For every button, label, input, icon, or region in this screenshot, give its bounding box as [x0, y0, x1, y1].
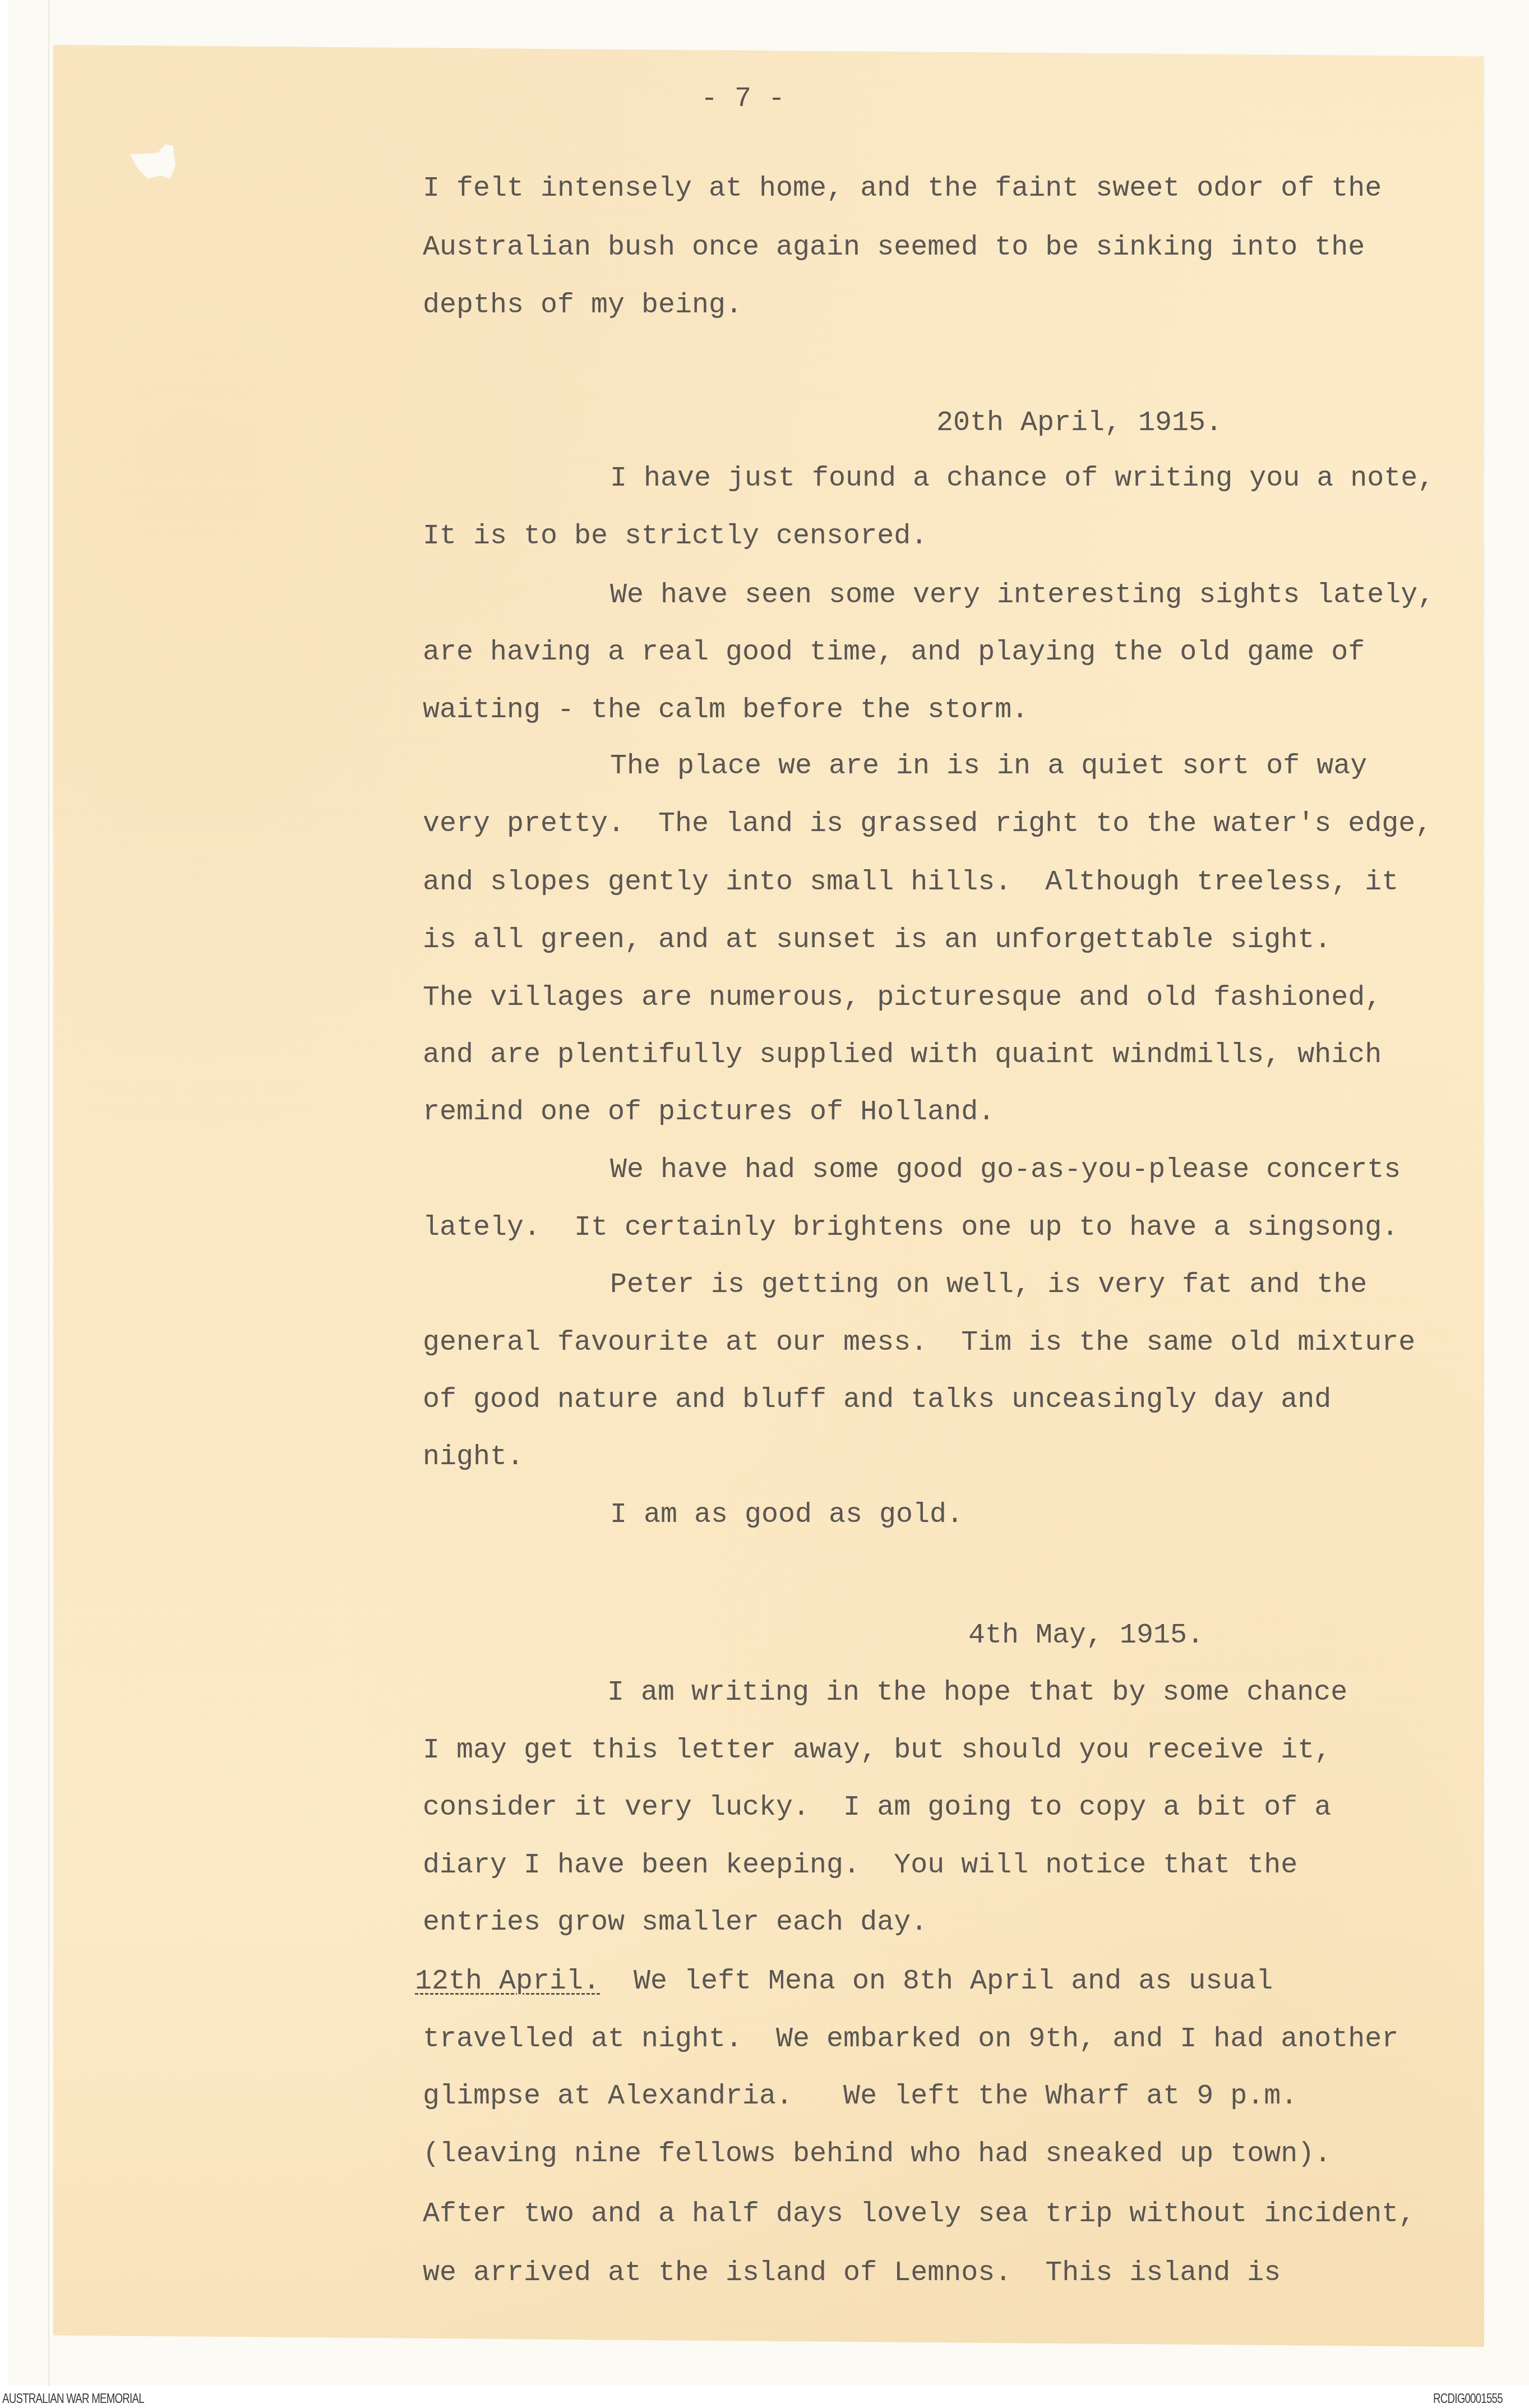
- text-line: I felt intensely at home, and the faint …: [423, 175, 1382, 203]
- text-line: night.: [423, 1443, 524, 1471]
- text-line: I may get this letter away, but should y…: [423, 1737, 1331, 1765]
- text-line: is all green, and at sunset is an unforg…: [423, 926, 1331, 954]
- text-line: entries grow smaller each day.: [423, 1909, 927, 1937]
- typewritten-page: [53, 45, 1484, 2347]
- text-line: we arrived at the island of Lemnos. This…: [423, 2259, 1281, 2287]
- text-line: (leaving nine fellows behind who had sne…: [423, 2141, 1331, 2169]
- text-line: I am writing in the hope that by some ch…: [607, 1679, 1347, 1707]
- text-line: I have just found a chance of writing yo…: [610, 465, 1434, 493]
- text-line: depths of my being.: [423, 292, 742, 320]
- diary-date-heading: 12th April.: [415, 1968, 600, 1996]
- text-line: consider it very lucky. I am going to co…: [423, 1794, 1331, 1822]
- text-line: and are plentifully supplied with quaint…: [423, 1041, 1382, 1069]
- text-line: diary I have been keeping. You will noti…: [423, 1852, 1297, 1880]
- text-line: glimpse at Alexandria. We left the Wharf…: [423, 2083, 1297, 2111]
- text-line: After two and a half days lovely sea tri…: [423, 2201, 1415, 2229]
- footer-institution: AUSTRALIAN WAR MEMORIAL: [2, 2391, 144, 2407]
- text-line: general favourite at our mess. Tim is th…: [423, 1329, 1415, 1357]
- text-line: We have had some good go-as-you-please c…: [610, 1156, 1401, 1184]
- text-line: It is to be strictly censored.: [423, 523, 927, 551]
- text-line: are having a real good time, and playing…: [423, 639, 1365, 667]
- entry-date: 4th May, 1915.: [968, 1622, 1204, 1650]
- text-line: We left Mena on 8th April and as usual: [600, 1968, 1273, 1996]
- text-line: remind one of pictures of Holland.: [423, 1099, 995, 1127]
- text-line: and slopes gently into small hills. Alth…: [423, 869, 1398, 897]
- text-line: travelled at night. We embarked on 9th, …: [423, 2026, 1398, 2054]
- entry-date: 20th April, 1915.: [936, 409, 1222, 437]
- text-line: Peter is getting on well, is very fat an…: [610, 1271, 1367, 1299]
- text-line: very pretty. The land is grassed right t…: [423, 810, 1432, 838]
- scan-edge: [48, 0, 49, 2386]
- page-number: - 7 -: [701, 85, 785, 113]
- text-line: I am as good as gold.: [610, 1501, 963, 1529]
- text-line: The villages are numerous, picturesque a…: [423, 984, 1382, 1012]
- text-line: waiting - the calm before the storm.: [423, 696, 1028, 725]
- text-line: Australian bush once again seemed to be …: [423, 234, 1365, 262]
- text-line: We have seen some very interesting sight…: [610, 582, 1434, 610]
- text-line: lately. It certainly brightens one up to…: [423, 1214, 1398, 1242]
- text-line: The place we are in is in a quiet sort o…: [610, 753, 1367, 781]
- footer-record-id: RCDIG0001555: [1433, 2391, 1503, 2407]
- text-line: of good nature and bluff and talks uncea…: [423, 1386, 1331, 1414]
